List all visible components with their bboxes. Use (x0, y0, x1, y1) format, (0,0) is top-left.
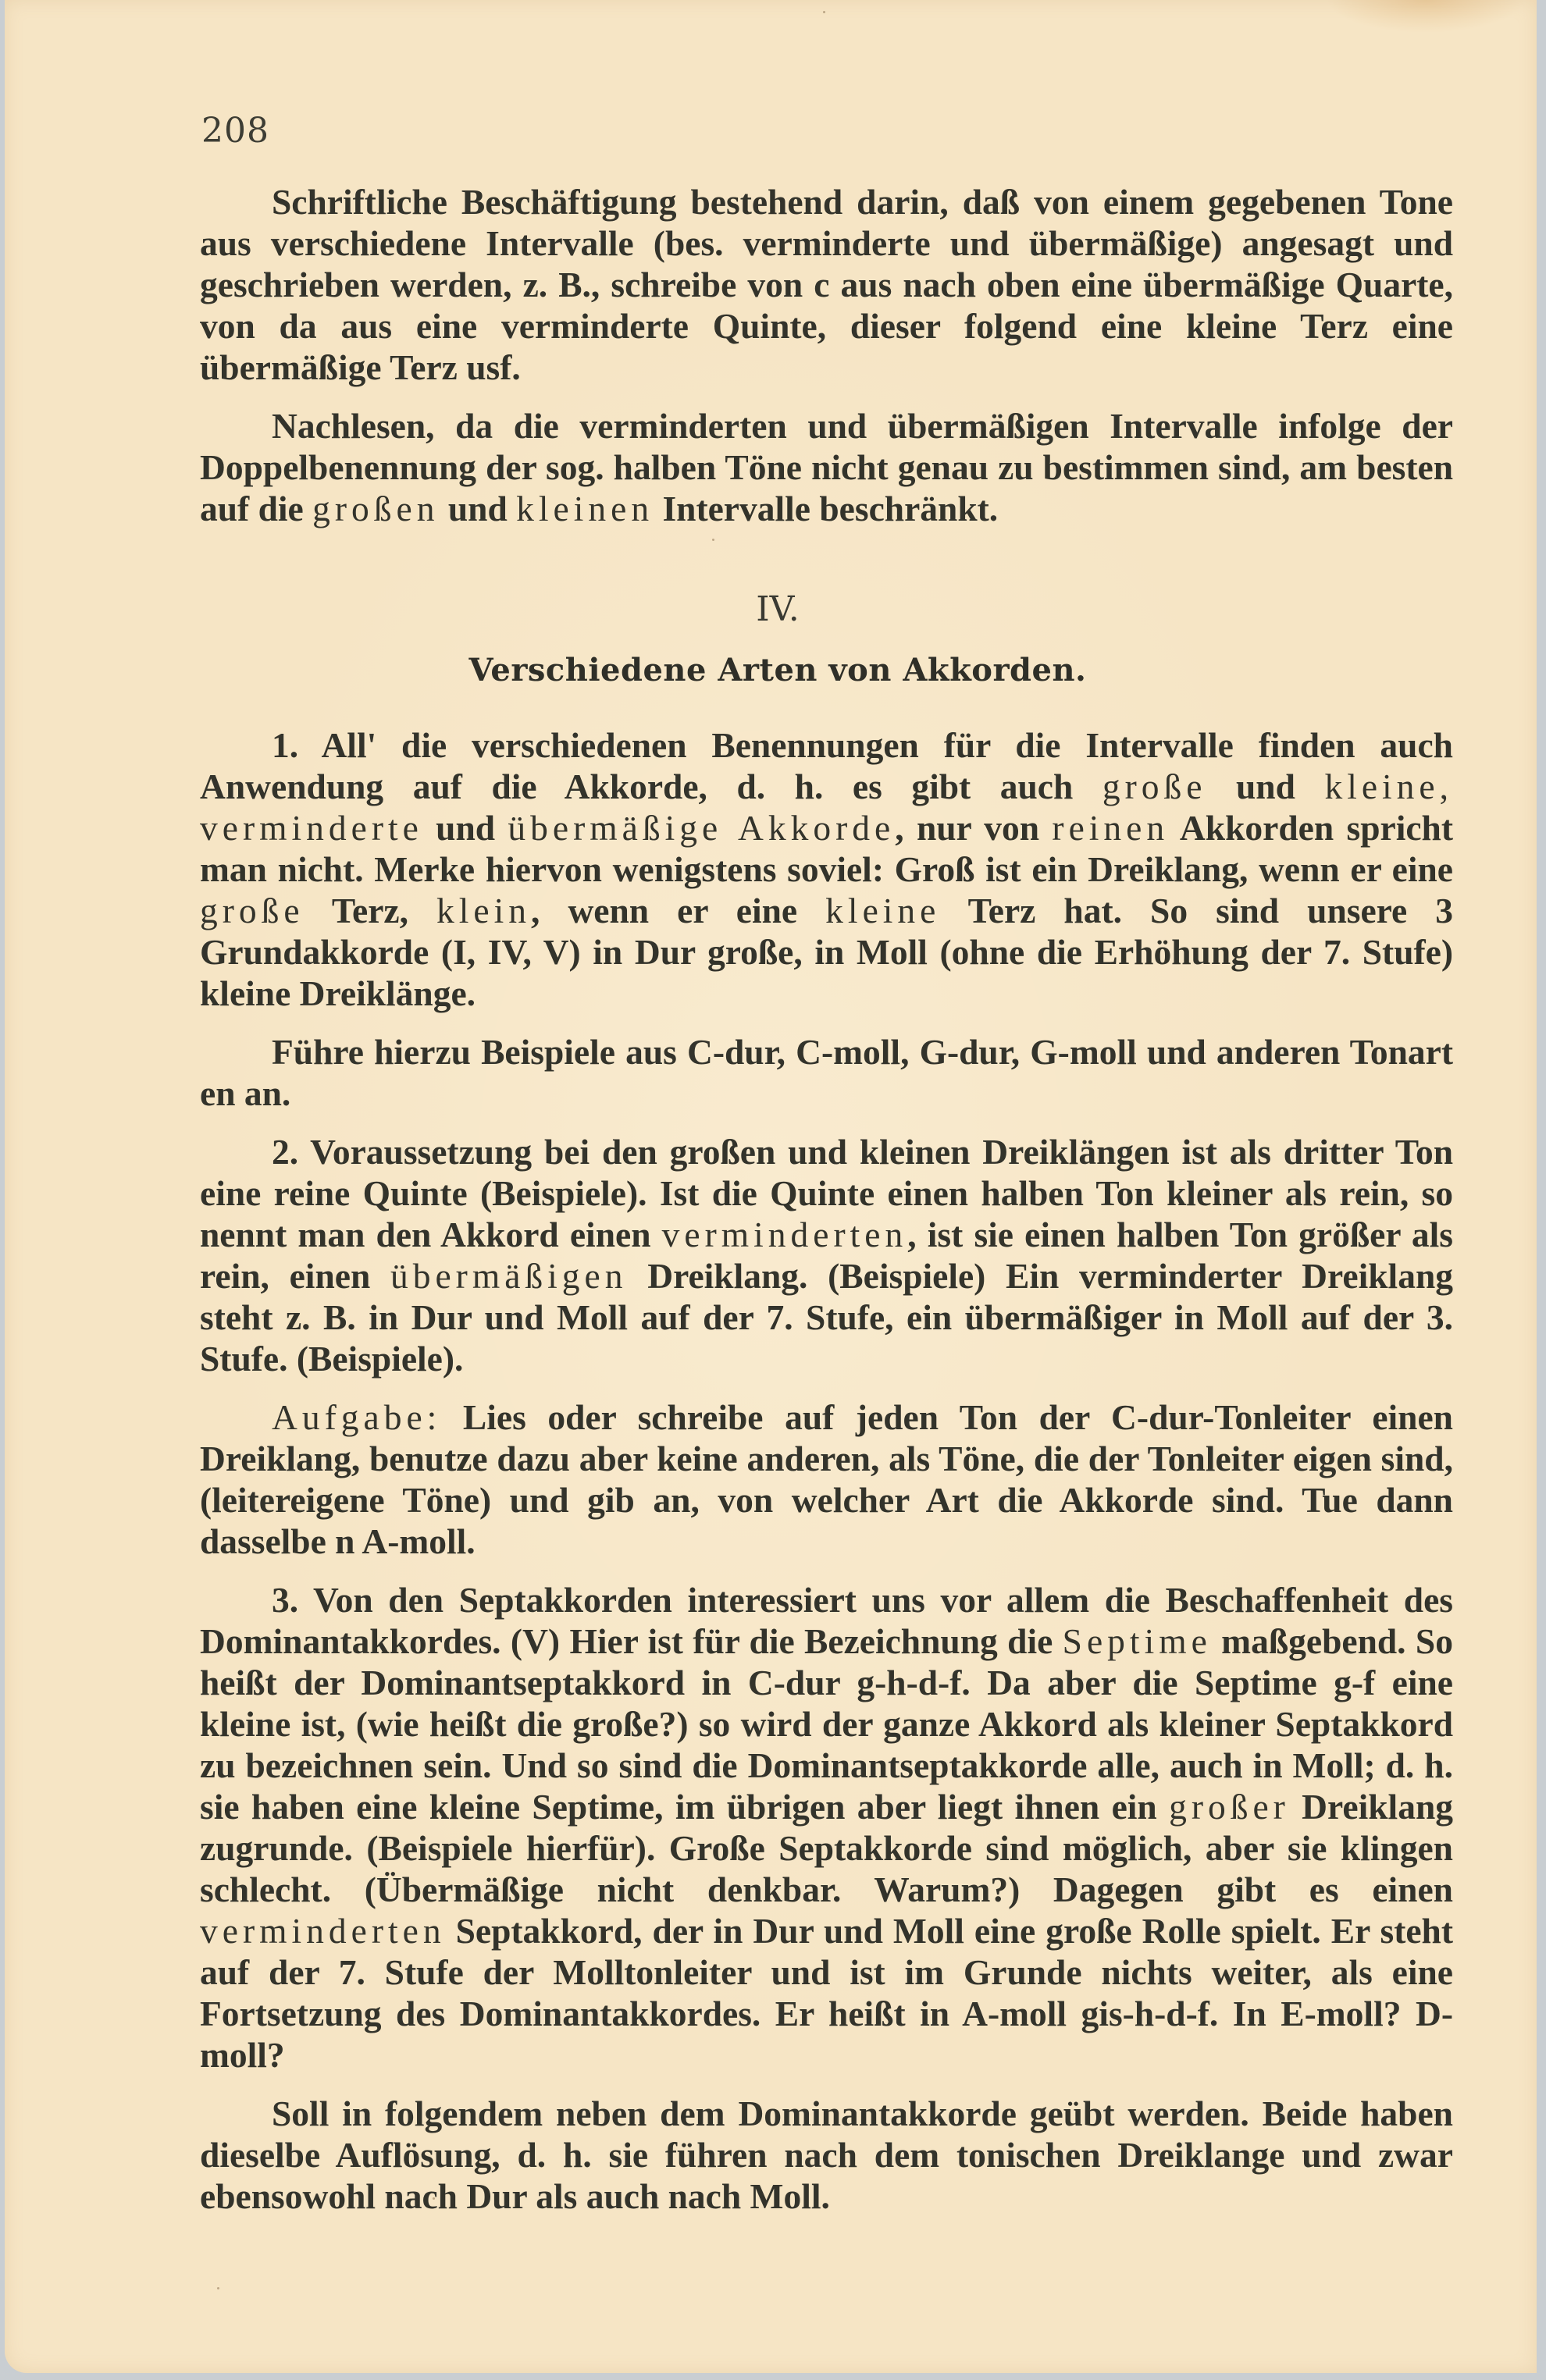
emphasis-spaced: große (200, 891, 305, 930)
emphasis-spaced: großer (1169, 1787, 1290, 1827)
text-run: , nur von (895, 808, 1052, 848)
upper-text-block: Schriftliche Beschäftigung bestehend dar… (200, 181, 1453, 546)
text-run: und (439, 489, 516, 528)
emphasis-spaced: klein (436, 891, 531, 930)
paragraph-task: Aufgabe: Lies oder schreibe auf jeden To… (200, 1396, 1453, 1562)
paragraph-written-exercise: Schriftliche Beschäftigung bestehend dar… (200, 181, 1453, 388)
paper-speck (823, 11, 825, 13)
text-run: Terz, (305, 891, 436, 930)
text-run: , wenn er eine (531, 891, 825, 930)
text-run: Intervalle beschränkt. (654, 489, 998, 528)
paragraph-3-seventh-chords: 3. Von den Septakkorden interessiert uns… (200, 1579, 1453, 2076)
paper-speck (217, 2287, 219, 2289)
emphasis-spaced: kleinen (516, 489, 654, 528)
paragraph-examples: Führe hierzu Beispiele aus C-dur, C-moll… (200, 1031, 1453, 1114)
paper-speck (433, 2197, 435, 2200)
emphasis-spaced: großen (312, 489, 439, 528)
emphasis-spaced: kleine (825, 891, 940, 930)
emphasis-spaced: große (1103, 767, 1207, 806)
lower-text-block: 1. All' die verschiedenen Benennungen fü… (200, 724, 1453, 2234)
section-title: Verschiedene Arten von Akkorden. (5, 652, 1546, 688)
paragraph-reading-note: Nachlesen, da die verminderten und überm… (200, 405, 1453, 529)
book-page: 208 Schriftliche Beschäftigung bestehend… (5, 0, 1537, 2373)
emphasis-spaced: übermäßige Akkorde (508, 808, 895, 848)
paragraph-practice: Soll in folgendem neben dem Dominantakko… (200, 2093, 1453, 2217)
section-number: IV. (5, 589, 1546, 629)
emphasis-spaced: verminderten (662, 1215, 908, 1254)
emphasis-spaced: reinen (1052, 808, 1169, 848)
emphasis-spaced: Septime (1063, 1621, 1212, 1661)
emphasis-spaced: verminderten (200, 1911, 446, 1951)
text-run: und (1206, 767, 1324, 806)
paper-speck (712, 539, 714, 541)
task-label: Aufgabe: (272, 1397, 441, 1437)
text-run: und (423, 808, 508, 848)
paragraph-1-chord-names: 1. All' die verschiedenen Benennungen fü… (200, 724, 1453, 1014)
page-number: 208 (201, 111, 269, 151)
emphasis-spaced: übermäßigen (390, 1256, 628, 1296)
paragraph-2-triads: 2. Voraussetzung bei den großen und klei… (200, 1131, 1453, 1379)
